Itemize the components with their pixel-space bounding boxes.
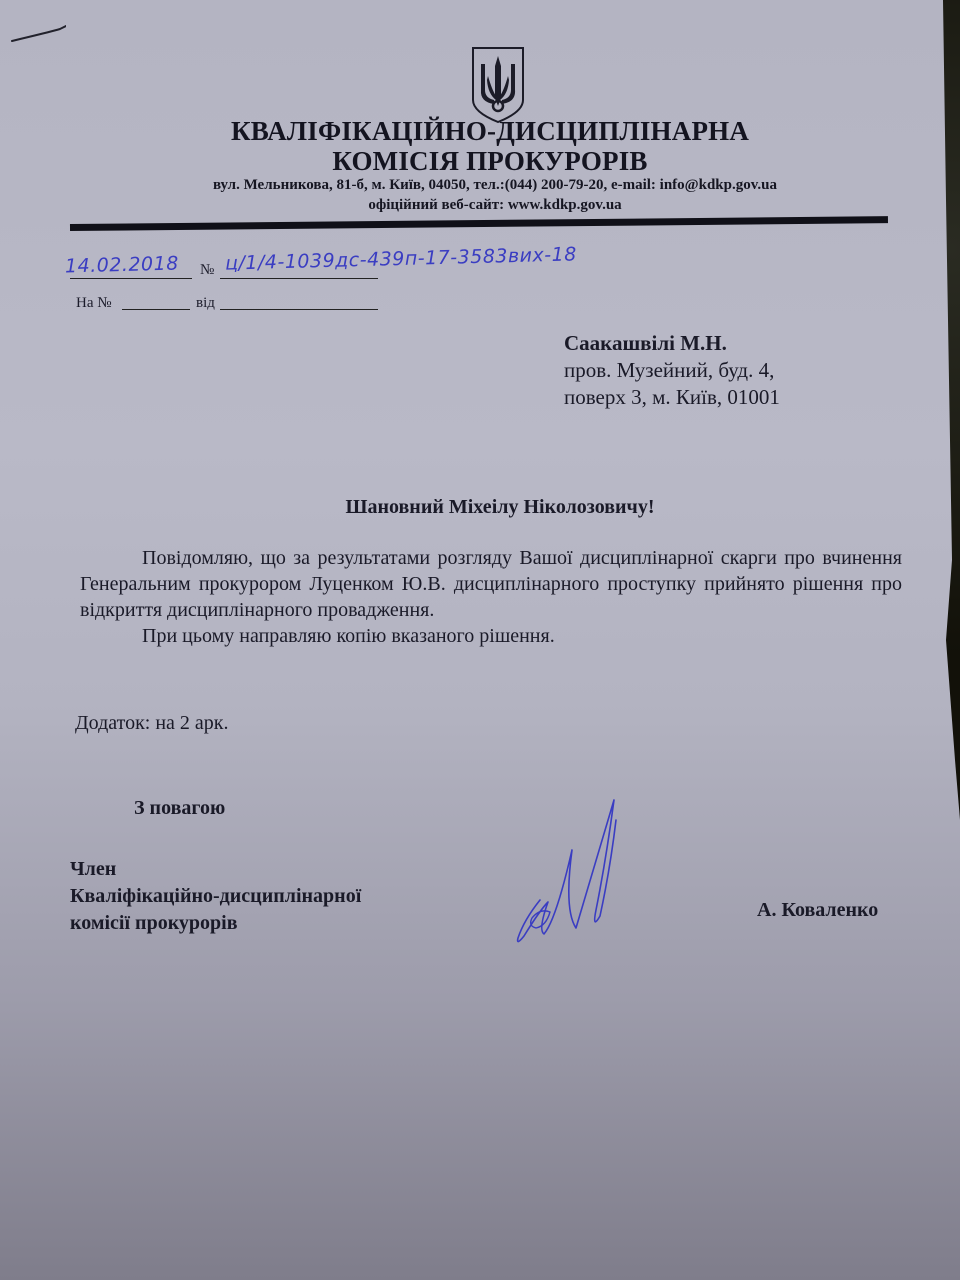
- website-line: офіційний веб-сайт: www.kdkp.gov.ua: [150, 195, 840, 215]
- from-underline: [220, 309, 378, 310]
- body-paragraph: При цьому направляю копію вказаного ріше…: [80, 623, 902, 649]
- in-reply-underline: [122, 309, 190, 310]
- number-underline: [220, 278, 378, 279]
- coat-of-arms-icon: [470, 46, 526, 124]
- recipient-block: Саакашвілі М.Н. пров. Музейний, буд. 4, …: [564, 330, 864, 411]
- number-label: №: [200, 262, 214, 279]
- from-label: від: [196, 295, 215, 312]
- signatory-title-line2: Кваліфікаційно-дисциплінарної: [70, 883, 361, 910]
- handwritten-number: ц/1/4-1039дс-439п-17-3583вих-18: [225, 243, 577, 274]
- signature-icon: [510, 790, 630, 950]
- signatory-title-line3: комісії прокурорів: [70, 910, 361, 937]
- body-paragraph: Повідомляю, що за результатами розгляду …: [80, 545, 902, 623]
- letterhead-divider: [70, 216, 888, 231]
- letter-body: Повідомляю, що за результатами розгляду …: [80, 545, 902, 649]
- organization-name-line1: КВАЛІФІКАЦІЙНО-ДИСЦИПЛІНАРНА: [200, 116, 780, 146]
- organization-contacts: вул. Мельникова, 81-б, м. Київ, 04050, т…: [150, 175, 840, 215]
- signer-name: А. Коваленко: [757, 899, 878, 922]
- in-reply-label: На №: [76, 295, 112, 312]
- handwritten-date: 14.02.2018: [65, 253, 179, 278]
- reference-block: 14.02.2018 № ц/1/4-1039дс-439п-17-3583ви…: [70, 252, 670, 312]
- signatory-title-line1: Член: [70, 856, 361, 883]
- salutation: Шановний Міхеілу Ніколозовичу!: [240, 496, 760, 519]
- letter-page: КВАЛІФІКАЦІЙНО-ДИСЦИПЛІНАРНА КОМІСІЯ ПРО…: [0, 0, 960, 1280]
- organization-name: КВАЛІФІКАЦІЙНО-ДИСЦИПЛІНАРНА КОМІСІЯ ПРО…: [200, 116, 780, 176]
- signatory-title: Член Кваліфікаційно-дисциплінарної коміс…: [70, 856, 361, 937]
- date-underline: [70, 278, 192, 279]
- recipient-name: Саакашвілі М.Н.: [564, 330, 864, 357]
- address-line: вул. Мельникова, 81-б, м. Київ, 04050, т…: [150, 175, 840, 195]
- attachment-note: Додаток: на 2 арк.: [75, 712, 229, 735]
- organization-name-line2: КОМІСІЯ ПРОКУРОРІВ: [200, 146, 780, 176]
- pen-mark: [10, 25, 66, 45]
- recipient-address-line1: пров. Музейний, буд. 4,: [564, 357, 864, 384]
- recipient-address-line2: поверх 3, м. Київ, 01001: [564, 384, 864, 411]
- closing-regards: З повагою: [134, 797, 225, 820]
